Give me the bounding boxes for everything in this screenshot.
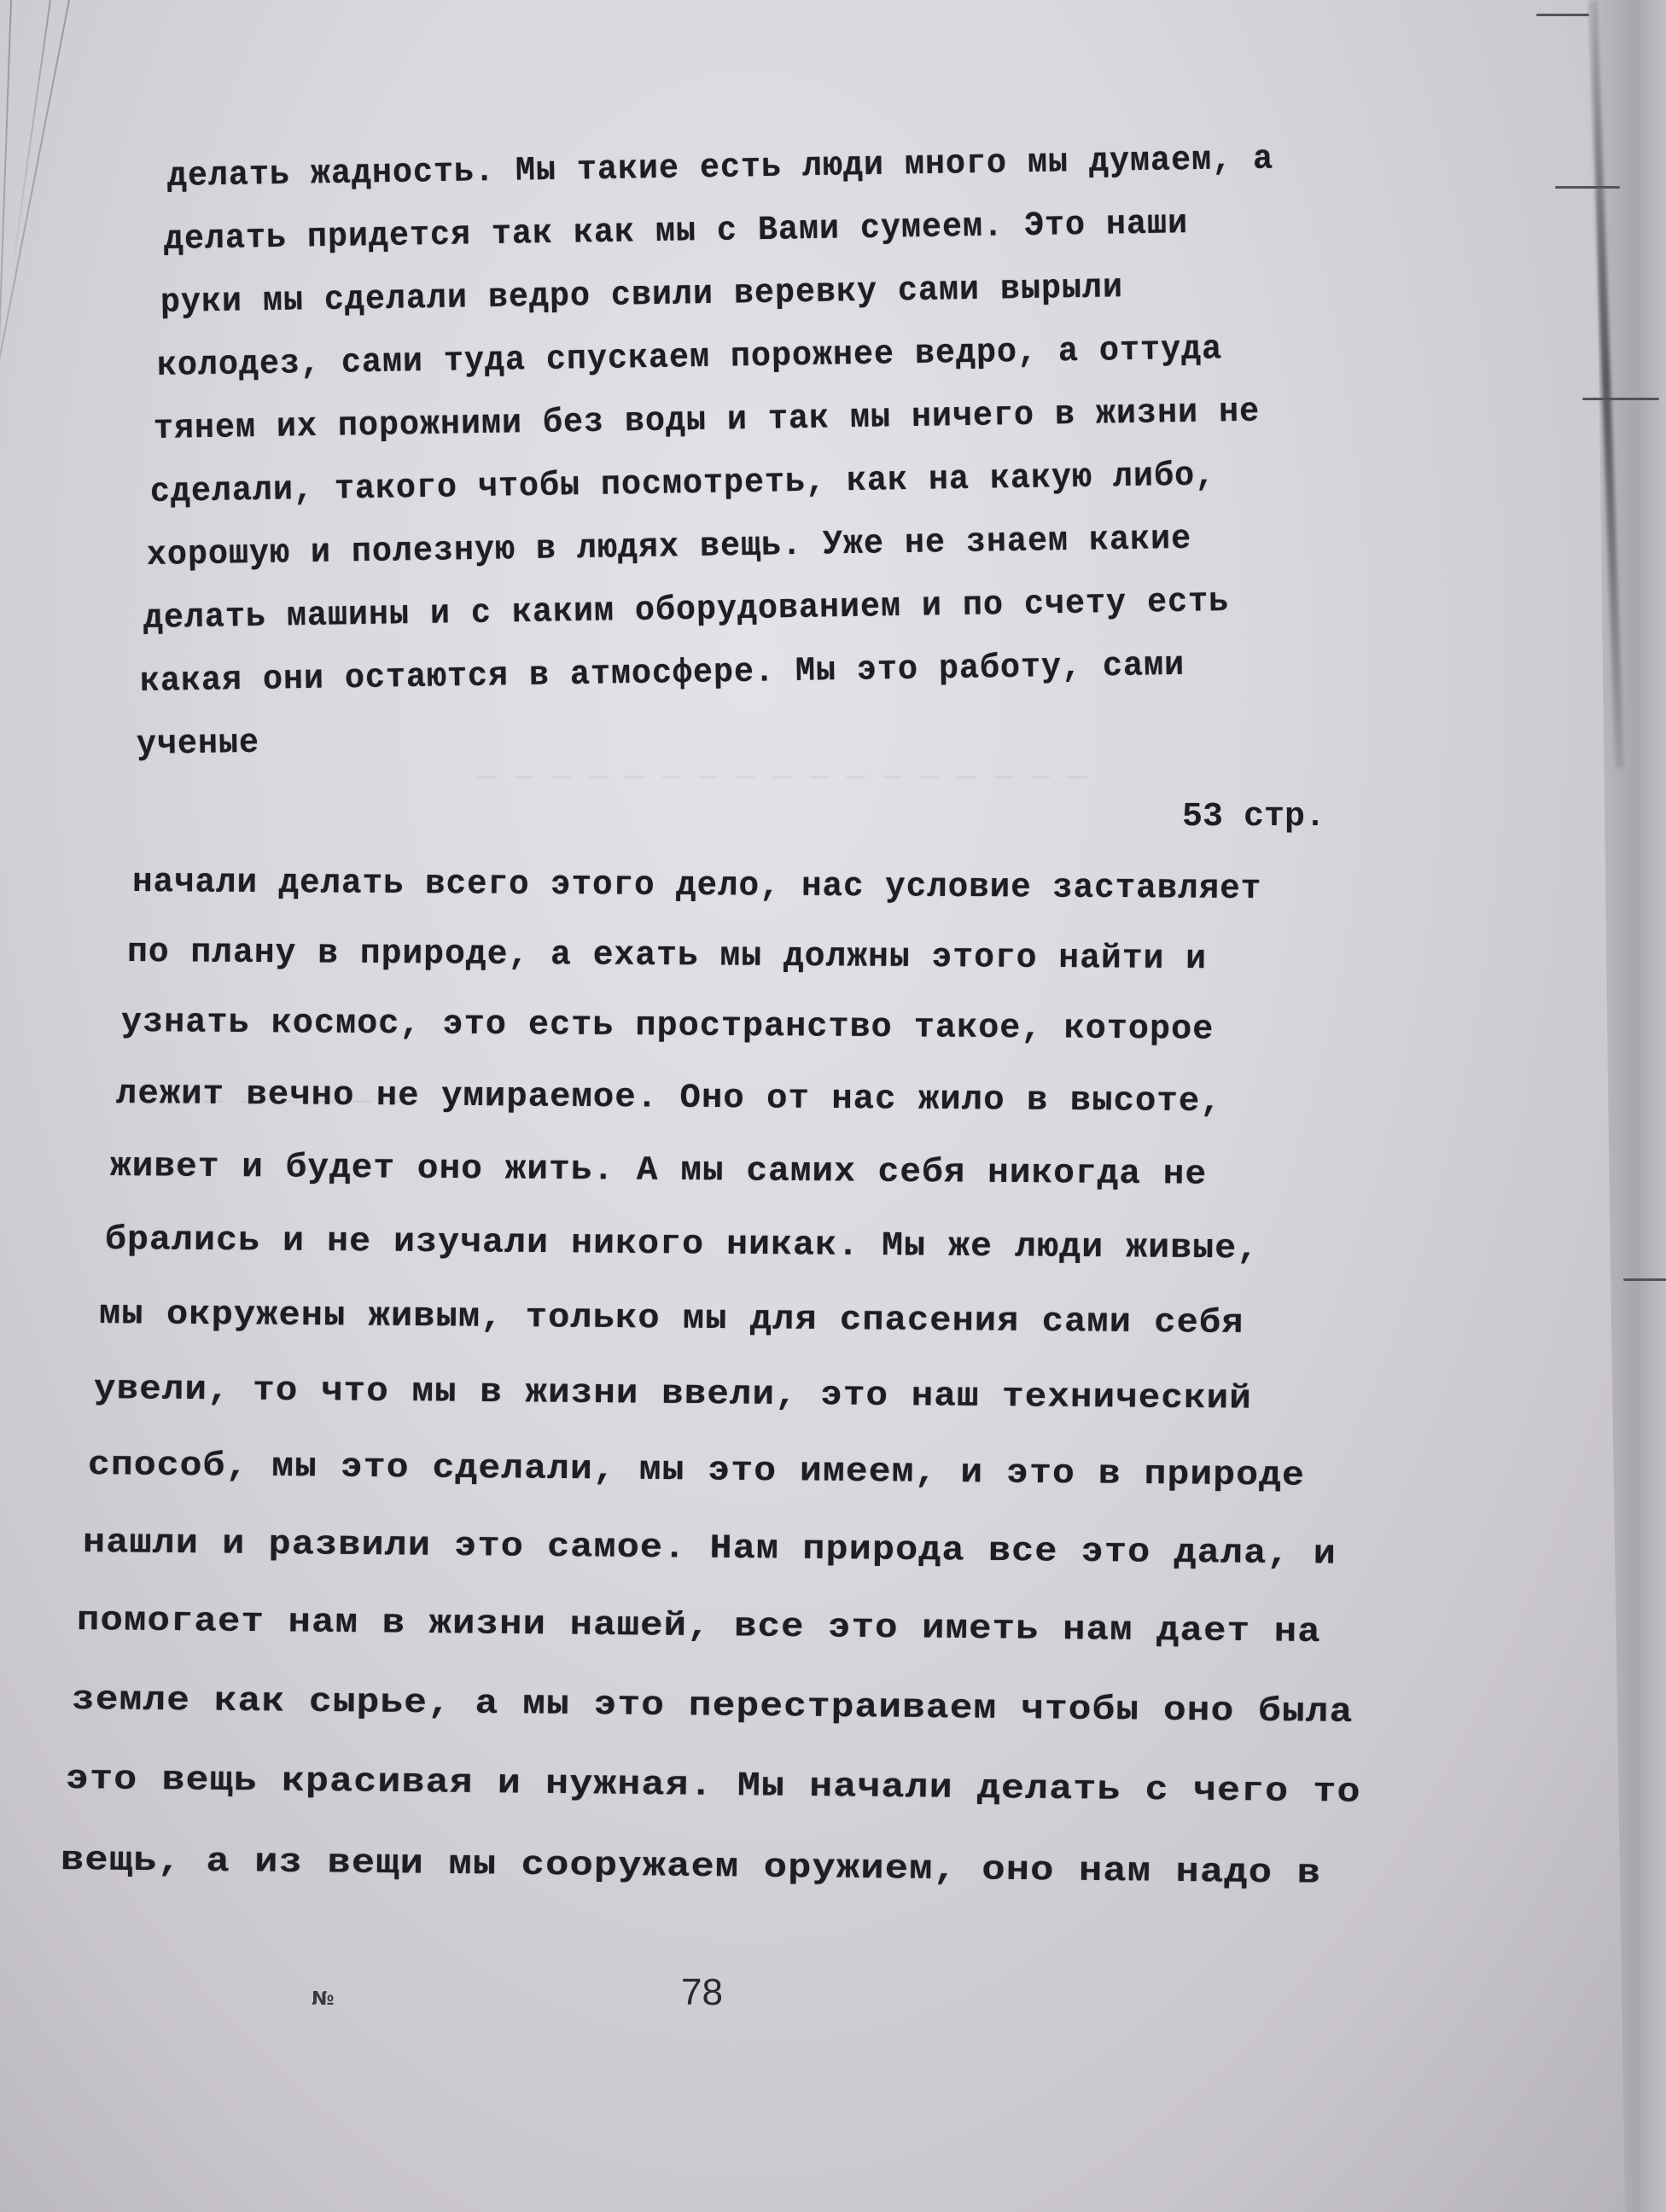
text-line: узнать космос, это есть пространство так… <box>121 1004 1215 1050</box>
text-line: мы окружены живым, только мы для спасени… <box>99 1295 1244 1343</box>
text-line: делать машины и с каким оборудованием и … <box>143 583 1230 638</box>
text-line: брались и не изучали никого никак. Мы же… <box>104 1221 1259 1269</box>
text-line: делать придется так как мы с Вами сумеем… <box>164 205 1189 259</box>
text-line: живет и будет оно жить. А мы самих себя … <box>110 1148 1208 1195</box>
page-number: 78 <box>681 1971 723 2014</box>
text-line: руки мы сделали ведро свили веревку сами… <box>160 269 1124 323</box>
text-line: какая они остаются в атмосфере. Мы это р… <box>140 647 1185 701</box>
text-line: тянем их порожними без воды и так мы нич… <box>154 393 1261 449</box>
text-line: колодез, сами туда спускаем порожнее вед… <box>157 330 1223 386</box>
margin-mark: № <box>312 1988 334 2010</box>
typewritten-page: делать жадность. Мы такие есть люди мног… <box>0 0 1666 2212</box>
text-line: вещь, а из вещи мы сооружаем оружием, он… <box>60 1842 1320 1894</box>
text-line: земле как сырье, а мы это перестраиваем … <box>71 1681 1353 1732</box>
text-line: сделали, такого чтобы посмотреть, как на… <box>150 457 1216 512</box>
text-line: лежит вечно не умираемое. Оно от нас жил… <box>115 1075 1221 1121</box>
text-line: ученые <box>137 725 260 765</box>
text-line: по плану в природе, а ехать мы должны эт… <box>126 934 1206 979</box>
text-line: увели, то что мы в жизни ввели, это наш … <box>93 1371 1251 1419</box>
text-line: нашли и развили это самое. Нам природа в… <box>82 1524 1336 1575</box>
source-page-reference: 53 стр. <box>1182 798 1325 836</box>
text-line: это вещь красивая и нужная. Мы начали де… <box>66 1761 1361 1813</box>
text-line: делать жадность. Мы такие есть люди мног… <box>167 141 1274 196</box>
text-line: хорошую и полезную в людях вещь. Уже не … <box>147 521 1192 575</box>
text-line: помогает нам в жизни нашей, все это имет… <box>77 1602 1321 1652</box>
text-line: начали делать всего этого дело, нас усло… <box>132 864 1261 909</box>
text-line: способ, мы это сделали, мы это имеем, и … <box>88 1447 1305 1496</box>
